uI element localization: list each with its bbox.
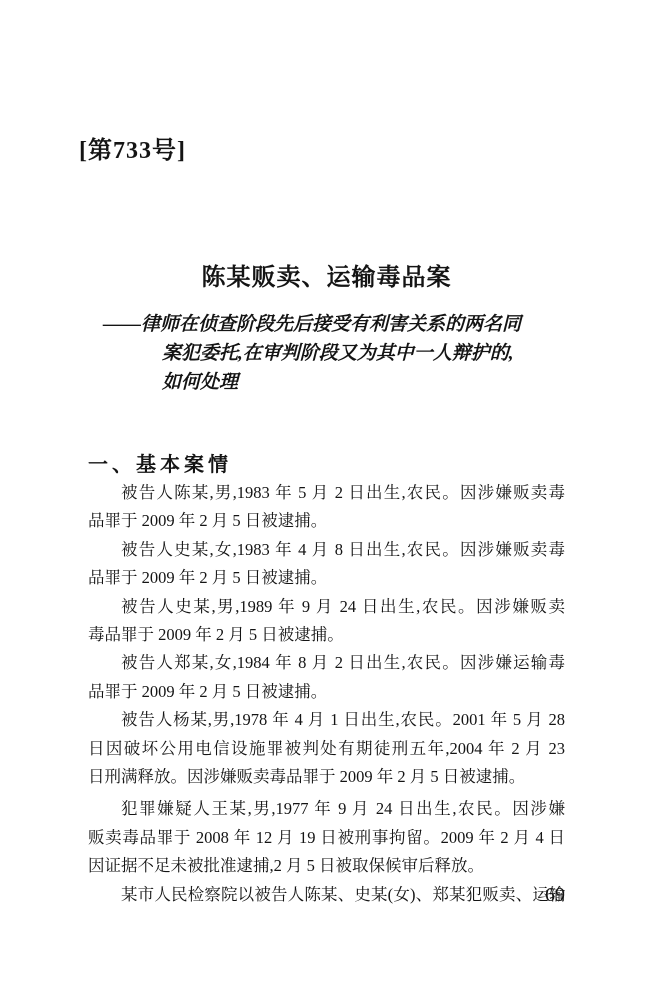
document-page: [第733号] 陈某贩卖、运输毒品案 ——律师在侦查阶段先后接受有利害关系的两名… — [0, 0, 652, 999]
subtitle-line: 案犯委托,在审判阶段又为其中一人辩护的, — [162, 339, 565, 368]
body-line: 某市人民检察院以被告人陈某、史某(女)、郑某犯贩卖、运输 — [88, 881, 565, 909]
body-line: 品罪于 2009 年 2 月 5 日被逮捕。 — [88, 564, 565, 592]
paragraph: 被告人陈某,男,1983 年 5 月 2 日出生,农民。因涉嫌贩卖毒 品罪于 2… — [88, 479, 565, 536]
paragraph: 被告人史某,女,1983 年 4 月 8 日出生,农民。因涉嫌贩卖毒 品罪于 2… — [88, 536, 565, 593]
body-line: 品罪于 2009 年 2 月 5 日被逮捕。 — [88, 678, 565, 706]
paragraph: 某市人民检察院以被告人陈某、史某(女)、郑某犯贩卖、运输 — [88, 881, 565, 909]
body-line: 日刑满释放。因涉嫌贩卖毒品罪于 2009 年 2 月 5 日被逮捕。 — [88, 763, 565, 791]
paragraph: 犯罪嫌疑人王某,男,1977 年 9 月 24 日出生,农民。因涉嫌 贩卖毒品罪… — [88, 795, 565, 880]
case-title: 陈某贩卖、运输毒品案 — [88, 261, 565, 295]
page-number: 69 — [545, 884, 565, 907]
body-line: 犯罪嫌疑人王某,男,1977 年 9 月 24 日出生,农民。因涉嫌 — [88, 795, 565, 823]
body-line: 贩卖毒品罪于 2008 年 12 月 19 日被刑事拘留。2009 年 2 月 … — [88, 824, 565, 852]
subtitle-line: ——律师在侦查阶段先后接受有利害关系的两名同 — [103, 310, 565, 339]
body-line: 被告人史某,男,1989 年 9 月 24 日出生,农民。因涉嫌贩卖 — [88, 593, 565, 621]
body-line: 毒品罪于 2009 年 2 月 5 日被逮捕。 — [88, 621, 565, 649]
text-column: 陈某贩卖、运输毒品案 ——律师在侦查阶段先后接受有利害关系的两名同 案犯委托,在… — [88, 0, 565, 909]
body-line: 被告人陈某,男,1983 年 5 月 2 日出生,农民。因涉嫌贩卖毒 — [88, 479, 565, 507]
body-line: 被告人杨某,男,1978 年 4 月 1 日出生,农民。2001 年 5 月 2… — [88, 706, 565, 734]
body-line: 被告人郑某,女,1984 年 8 月 2 日出生,农民。因涉嫌运输毒 — [88, 649, 565, 677]
paragraph: 被告人杨某,男,1978 年 4 月 1 日出生,农民。2001 年 5 月 2… — [88, 706, 565, 791]
subtitle-line: 如何处理 — [162, 368, 565, 397]
body-line: 日因破坏公用电信设施罪被判处有期徒刑五年,2004 年 2 月 23 — [88, 735, 565, 763]
body-line: 因证据不足未被批准逮捕,2 月 5 日被取保候审后释放。 — [88, 852, 565, 880]
paragraph: 被告人郑某,女,1984 年 8 月 2 日出生,农民。因涉嫌运输毒 品罪于 2… — [88, 649, 565, 706]
body-line: 被告人史某,女,1983 年 4 月 8 日出生,农民。因涉嫌贩卖毒 — [88, 536, 565, 564]
section-body: 被告人陈某,男,1983 年 5 月 2 日出生,农民。因涉嫌贩卖毒 品罪于 2… — [88, 479, 565, 909]
section-heading: 一、基本案情 — [88, 451, 565, 479]
case-subtitle: ——律师在侦查阶段先后接受有利害关系的两名同 案犯委托,在审判阶段又为其中一人辩… — [88, 310, 565, 397]
paragraph: 被告人史某,男,1989 年 9 月 24 日出生,农民。因涉嫌贩卖 毒品罪于 … — [88, 593, 565, 650]
body-line: 品罪于 2009 年 2 月 5 日被逮捕。 — [88, 507, 565, 535]
